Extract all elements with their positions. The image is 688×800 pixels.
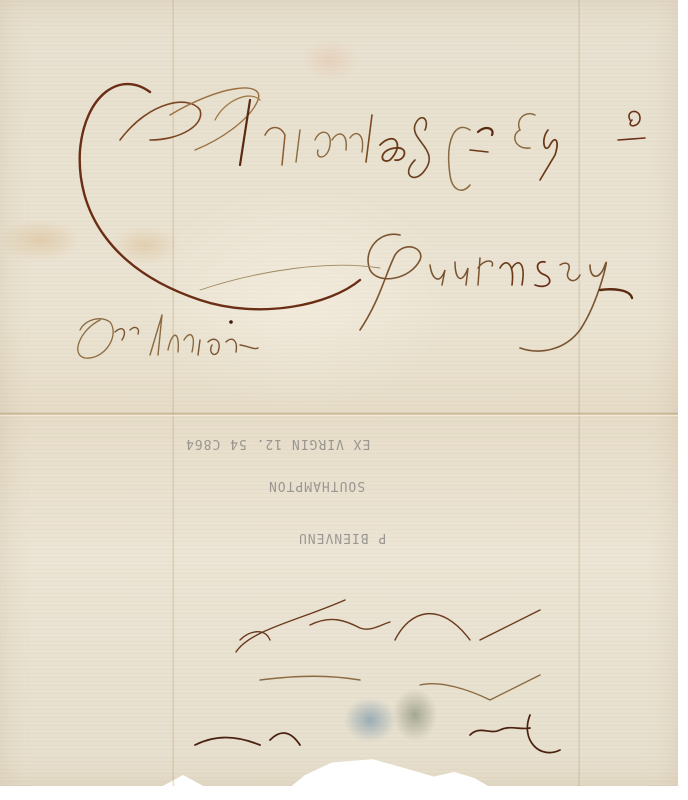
- pencil-note-line1: EX VIRGIN 12. 54 C864: [185, 436, 370, 451]
- pencil-note-line2: SOUTHAMPTON: [268, 478, 365, 493]
- pencil-note-line3: P BIENVENU: [298, 530, 386, 545]
- horizontal-fold-line: [0, 412, 678, 417]
- vertical-fold-line: [172, 0, 175, 786]
- blue-wax-seal-stain: [340, 680, 450, 760]
- letter-sheet: [0, 0, 678, 786]
- vertical-fold-line: [578, 0, 581, 786]
